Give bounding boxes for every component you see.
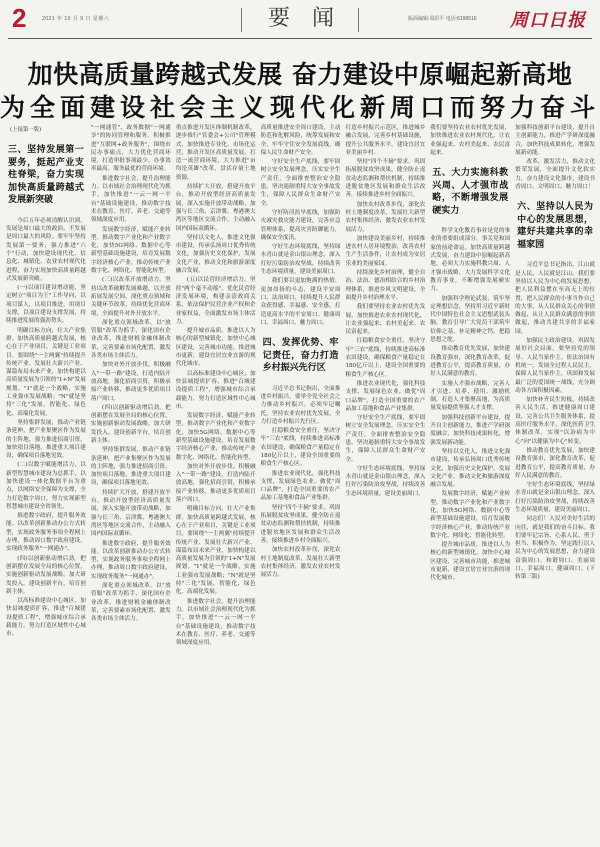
column-6: 我们要坚持农业农村优先发展，加快推进农业农村现代化，让农业强起来、农村美起来、农… bbox=[430, 124, 511, 844]
paragraph: 推进数字社会，提升治理能力。以市域社会治理现代化为抓手，加快推进"一云一网一平台… bbox=[176, 598, 256, 648]
paragraph: 守好生态环境底线，坚持绿水青山就是金山银山理念，深入打好污染防治攻坚战，持续改善… bbox=[515, 481, 595, 514]
paragraph: 持续深化乡村治理，健全自治、法治、德治相结合的乡村治理体系，推进乡风文明建设，全… bbox=[345, 269, 425, 302]
paragraph: 我们要以更加饱满的热情、更加昂扬的斗志，建设平安周口、法治周口，持续提升人民群众… bbox=[261, 277, 341, 327]
paragraph: 坚持集群发展，推动产业链条延伸，把产业集聚区作为发展的主阵地，强力推进招商引资，… bbox=[91, 446, 171, 487]
paragraph: 加快对外开放步伐。积极融入"一带一路"建设，打造内陆开放高地，强化招商引资，积极… bbox=[91, 361, 171, 402]
paragraph: 持续扩大开放，搭建开放平台，推动开放型经济高质量发展，深入实施开放带动战略，加强… bbox=[91, 489, 171, 539]
paragraph: 推进数字政府，提升服务效能。以改革创新推动办公方式转型，实现政务服务事项全程网上… bbox=[6, 512, 86, 553]
closing-paragraph: 同志们！人民对美好生活的向往，就是我们的奋斗目标。我们要牢记宗旨、心系人民、勇于… bbox=[515, 515, 595, 581]
paragraph: 发展数字经济，赋能产业转型。推动数字产业化和产业数字化，加快5G网络、数据中心等… bbox=[176, 412, 256, 462]
divider bbox=[358, 8, 359, 32]
paragraph: 习近平总书记指出，全面推进乡村振兴，要举全党全社会之力推动乡村振兴。必须牢记嘱托… bbox=[261, 385, 341, 426]
column-3: 重点推进开发区体制机制改革，逐步推行"管委会+公司"管理模式，加快推进专业化、市… bbox=[176, 124, 257, 844]
paragraph: 推进数字社会，提升治理能力。以市域社会治理现代化为抓手，加快推进"一云一网一平台… bbox=[91, 175, 171, 225]
paragraph: 我们要坚持农业农村优先发展，加快推进农业农村现代化，让农业强起来、农村美起来、农… bbox=[430, 124, 510, 157]
paragraph: 推进农业现代化，强化科技支撑，发展绿色农业，做优"周口品牌"，打造全国重要的农产… bbox=[345, 380, 425, 413]
paragraph: 守好防汛抗旱底线，加强防灾减灾救灾能力建设，完善应急管理体系，提高灾害防御能力，… bbox=[261, 209, 341, 242]
paragraph: 科学文化教育事业是党的事业的重要组成部分，事关党和国家的前途命运。加快高质量跨越… bbox=[430, 227, 510, 293]
editor-info: 版面编辑:周彩平 电话:6199516 bbox=[408, 15, 477, 22]
section-heading-4: 四、发挥优势、牢记责任，奋力打造乡村振兴先行区 bbox=[263, 337, 339, 375]
column-1: (上接第一版) 三、坚持发展第一要务，挺起产业支柱脊梁，奋力实现加快高质量跨越式… bbox=[6, 124, 87, 844]
column-7: 加强科技创新平台建设，提升自主创新能力，推进产学研深度融合，加快科技成果转化，增… bbox=[515, 124, 596, 844]
paragraph: 重点推进开发区体制机制改革，逐步推行"管委会+公司"管理模式，加快推进专业化、市… bbox=[176, 124, 256, 182]
paragraph: 坚持"四个不摘"要求，巩固拓展脱贫攻坚成果，健全防止返贫动态监测和帮扶机制，持续… bbox=[261, 504, 341, 545]
section-heading-6: 六、坚持以人民为中心的发展思想，建好共建共享的幸福家园 bbox=[517, 201, 593, 251]
paragraph: 打造乡村振兴示范区，推进城乡融合发展，完善乡村基础设施，提升公共服务水平，建设宜… bbox=[345, 124, 425, 157]
paragraph: 坚持以文化人，推进文化强市建设，传承弘扬周口优秀传统文化，加强历史文化保护，发展… bbox=[430, 448, 510, 489]
article-body: (上接第一版) 三、坚持发展第一要务，挺起产业支柱脊梁，奋力实现加快高质量跨越式… bbox=[6, 124, 596, 844]
paragraph: 今后五年必须清醒认识到，发展是周口最大的政治，不发展是周口最大的风险。要牢牢坚持… bbox=[6, 217, 86, 283]
paragraph: 推进农业现代化，强化科技支撑，发展绿色农业，做优"周口品牌"，打造全国重要的农产… bbox=[261, 470, 341, 503]
section-name: 要闻 bbox=[268, 6, 356, 32]
paragraph: 守好生态环境底线，坚持绿水青山就是金山银山理念，深入打好污染防治攻坚战，持续改善… bbox=[261, 243, 341, 276]
column-2: "一网通管"、政务数据"一网通享"的协同管理和服务。积极推进"互联网+政务服务"… bbox=[91, 124, 172, 844]
paragraph: 扛稳粮食安全重任，坚决守牢"三农"底线，持续推进高标准农田建设，确保粮食产量稳定… bbox=[261, 427, 341, 468]
paragraph: 深化重点领域改革。以"放管服"改革为抓手，深化国有企业改革，推进财税金融体制改革… bbox=[91, 582, 171, 623]
paragraph: 坚持"四个不摘"要求，巩固拓展脱贫攻坚成果，健全防止返贫动态监测和帮扶机制，持续… bbox=[345, 158, 425, 199]
column-5: 打造乡村振兴示范区，推进城乡融合发展，完善乡村基础设施，提升公共服务水平，建设宜… bbox=[345, 124, 426, 844]
paragraph: 加快建设美丽乡村，持续推进农村人居环境整治，改善农村生产生活条件，让农村成为安居… bbox=[345, 235, 425, 268]
paragraph: 提升城市品质，推进以人为核心的新型城镇化，加快中心城区建设，完善城市功能，推进城… bbox=[430, 541, 510, 582]
continued-from-label: (上接第一版) bbox=[10, 126, 86, 134]
paragraph: 提升城市品质，推进以人为核心的新型城镇化，加快中心城区建设，完善城市功能，推进城… bbox=[176, 327, 256, 368]
paragraph: 加快补齐民生短板，持续改善人民生活，推进健康周口建设，完善公共卫生服务体系，提高… bbox=[515, 396, 595, 446]
newspaper-logo: 周口日报 bbox=[510, 6, 586, 32]
paragraph: 习近平总书记指出，江山就是人民，人民就是江山。我们要坚持以人民为中心的发展思想，… bbox=[515, 261, 595, 336]
paragraph: 加强民主政治建设，巩固发展好社会局面，要坚持党的领导、人民当家作主、依法治国有机… bbox=[515, 337, 595, 395]
paragraph: 推动教育优先发展，加快建设教育强市，深化教育改革，促进教育公平，提高教育质量，办… bbox=[430, 345, 510, 378]
paragraph: 加强科技创新平台建设，提升自主创新能力，推进产学研深度融合，加快科技成果转化，增… bbox=[430, 414, 510, 447]
paragraph: 推动教育优先发展，加快建设教育强市，深化教育改革，促进教育公平，提高教育质量，办… bbox=[515, 447, 595, 480]
paragraph: (四)以创新驱动增后劲。把创新摆在发展全局的核心位置，实施创新驱动发展战略，加大… bbox=[6, 555, 86, 596]
paragraph: 发展数字经济，赋能产业转型。推动数字产业化和产业数字化，加快5G网络、数据中心等… bbox=[91, 226, 171, 276]
paragraph: 守好安全生产底线，要牢固树立安全发展理念，压实安全生产责任，全面排查整治安全隐患… bbox=[261, 158, 341, 208]
paragraph: 我们要坚持农业农村优先发展，加快推进农业农村现代化，让农业强起来、农村美起来、农… bbox=[345, 303, 425, 336]
page-number: 2 bbox=[12, 4, 26, 32]
paragraph: 明确目标方向，壮大产业集群。加快高质量跨越式发展，核心在于产业项目，关键是工业项… bbox=[176, 505, 256, 596]
paragraph: 明确目标方向，壮大产业集群。加快高质量跨越式发展，核心在于产业项目，关键是工业项… bbox=[6, 327, 86, 418]
paragraph: 发展数字经济，赋能产业转型。推动数字产业化和产业数字化，加快5G网络、数据中心等… bbox=[430, 490, 510, 540]
paragraph: (二)以数字赋能增活力，以新型智慧城市建设为总抓手，以加快建设一体化数据平台为重… bbox=[6, 461, 86, 511]
paragraph: 扛稳粮食安全重任，坚决守牢"三农"底线，持续推进高标准农田建设，确保粮食产量稳定… bbox=[345, 337, 425, 378]
section-heading-5: 五、大力实施科教兴周、人才强市战略，不断增强发展硬实力 bbox=[432, 167, 508, 217]
publication-date: 2021 年 10 月 9 日 星期六 bbox=[42, 15, 109, 22]
headline-line-2: 为全面建设社会主义现代化新周口而努力奋斗 bbox=[0, 88, 600, 124]
paragraph: 守好安全生产底线，要牢固树立安全发展理念，压实安全生产责任，全面排查整治安全隐患… bbox=[345, 414, 425, 464]
paragraph: 以高标准建设中心城区，加快县城提质扩容，推进"百城建设提质工程"，增强城市综合承… bbox=[176, 370, 256, 411]
paragraph: 坚持以文化人，推进文化强市建设，传承弘扬周口优秀传统文化，加强历史文化保护，发展… bbox=[176, 234, 256, 275]
column-4: 高质量推进安全周口建设，主动防范和化解风险，统筹发展和安全，牢牢守住安全发展底线… bbox=[261, 124, 342, 844]
paragraph: 加快农村改革步伐，深化农村土地制度改革，发展壮大新型农村集体经济，激发农业农村发… bbox=[261, 546, 341, 579]
paragraph: 推进数字政府，提升服务效能。以改革创新推动办公方式转型，实现政务服务事项全程网上… bbox=[91, 540, 171, 581]
paragraph: 深化重点领域改革。以"放管服"改革为抓手，深化国有企业改革，推进财税金融体制改革… bbox=[91, 319, 171, 360]
paragraph: 实施人才强市战略，完善人才引进、培养、使用、激励机制，打造人才集聚高地，为高质量… bbox=[430, 380, 510, 413]
paragraph: 加强科技创新平台建设，提升自主创新能力，推进产学研深度融合，加快科技成果转化，增… bbox=[515, 124, 595, 157]
paragraph: 加快农村改革步伐，深化农村土地制度改革，发展壮大新型农村集体经济，激发农业农村发… bbox=[345, 201, 425, 234]
paragraph: (一)以项目建设增动能，坚定树立"项目为王"工作导向，以项目谋人，以项目推进，用… bbox=[6, 284, 86, 325]
paragraph: 以高标准建设中心城区，加快县城提质扩容，推进"百城建设提质工程"，增强城市综合承… bbox=[6, 597, 86, 638]
paragraph: "一网通管"、政务数据"一网通享"的协同管理和服务。积极推进"互联网+政务服务"… bbox=[91, 124, 171, 174]
paragraph: (五)以民营经济增活力。坚持"两个毫不动摇"，优化民营经济发展环境，构建亲清政商… bbox=[176, 276, 256, 326]
paragraph: (四)以创新驱动增后劲。把创新摆在发展全局的核心位置，实施创新驱动发展战略，加大… bbox=[91, 404, 171, 445]
section-heading-3: 三、坚持发展第一要务，挺起产业支柱脊梁，奋力实现加快高质量跨越式发展新突破 bbox=[8, 144, 84, 207]
paragraph: (三)以改革开放增动力。坚持以改革破解发展难题，以开放拓展发展空间，深化重点领域… bbox=[91, 276, 171, 317]
headline-line-1: 加快高质量跨越式发展 奋力建设中原崛起新高地 bbox=[0, 55, 600, 91]
paragraph: 坚持集群发展，推动产业链条延伸，把产业集聚区作为发展的主阵地，强力推进招商引资，… bbox=[6, 419, 86, 460]
masthead: 2 2021 年 10 月 9 日 星期六 要闻 版面编辑:周彩平 电话:619… bbox=[0, 0, 600, 38]
paragraph: 守好生态环境底线，坚持绿水青山就是金山银山理念，深入打好污染防治攻坚战，持续改善… bbox=[345, 465, 425, 498]
paragraph: 高质量推进安全周口建设，主动防范和化解风险，统筹发展和安全，牢牢守住安全发展底线… bbox=[261, 124, 341, 157]
header-rule bbox=[8, 38, 592, 39]
paragraph: 改革、激发活力，推动文化繁荣发展，全面提升文化软实力，奋力建设文化强市，建设书香… bbox=[515, 158, 595, 191]
paragraph: 加强科学理论武装，筑牢坚定理想信念，坚持用习近平新时代中国特色社会主义思想武装头… bbox=[430, 295, 510, 345]
divider bbox=[241, 8, 242, 32]
paragraph: 加快对外开放步伐。积极融入"一带一路"建设，打造内陆开放高地，强化招商引资，积极… bbox=[176, 463, 256, 504]
paragraph: 持续扩大开放，搭建开放平台，推动开放型经济高质量发展，深入实施开放带动战略，加强… bbox=[176, 183, 256, 233]
